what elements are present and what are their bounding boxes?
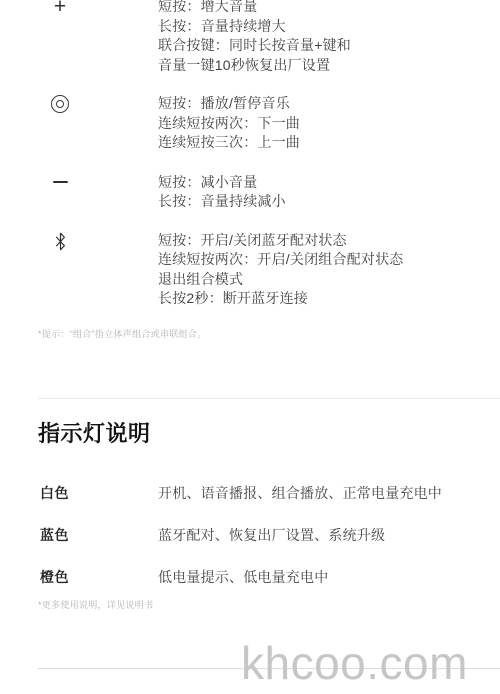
function-line: 长按：音量持续增大 [158,17,478,37]
combination-footnote: *提示：“组合”指立体声组合或串联组合。 [38,327,207,340]
indicator-color-label: 白色 [40,483,158,503]
indicator-row-orange: 橙色 低电量提示、低电量充电中 [40,567,478,587]
indicator-table: 白色 开机、语音播报、组合播放、正常电量充电中 蓝色 蓝牙配对、恢复出厂设置、系… [40,483,478,609]
function-line: 短按：减小音量 [158,173,478,193]
indicator-description: 低电量提示、低电量充电中 [158,567,478,587]
function-line: 短按：增大音量 [158,0,478,17]
icon-column [38,173,158,183]
function-line: 连续短按两次：开启/关闭组合配对状态 [158,250,478,270]
button-row-volume-up: + 短按：增大音量 长按：音量持续增大 联合按键：同时长按音量+键和 音量一键1… [38,0,478,75]
button-functions: 短按：减小音量 长按：音量持续减小 [158,173,478,212]
icon-column: + [38,0,158,17]
indicator-row-white: 白色 开机、语音播报、组合播放、正常电量充电中 [40,483,478,503]
function-line: 连续短按两次：下一曲 [158,114,478,134]
function-line: 连续短按三次：上一曲 [158,133,478,153]
indicator-row-blue: 蓝色 蓝牙配对、恢复出厂设置、系统升级 [40,525,478,545]
icon-column [38,231,158,252]
indicator-color-label: 蓝色 [40,525,158,545]
function-line: 长按2秒：断开蓝牙连接 [158,289,478,309]
indicator-section-title: 指示灯说明 [38,417,151,448]
section-divider [38,398,500,399]
icon-box [38,231,82,252]
indicator-description: 开机、语音播报、组合播放、正常电量充电中 [158,483,478,503]
manual-page: + 短按：增大音量 长按：音量持续增大 联合按键：同时长按音量+键和 音量一键1… [0,0,500,694]
watermark-text: khcoo.com [241,640,468,686]
bluetooth-icon [52,231,69,252]
icon-column [38,94,158,113]
button-functions: 短按：播放/暂停音乐 连续短按两次：下一曲 连续短按三次：上一曲 [158,94,478,153]
button-row-bluetooth: 短按：开启/关闭蓝牙配对状态 连续短按两次：开启/关闭组合配对状态 退出组合模式… [38,231,478,309]
indicator-description: 蓝牙配对、恢复出厂设置、系统升级 [158,525,478,545]
icon-box [38,173,82,183]
button-guide-section: + 短按：增大音量 长按：音量持续增大 联合按键：同时长按音量+键和 音量一键1… [38,0,478,309]
function-line: 音量一键10秒恢复出厂设置 [158,56,478,76]
function-line: 短按：开启/关闭蓝牙配对状态 [158,231,478,251]
button-row-volume-down: 短按：减小音量 长按：音量持续减小 [38,173,478,212]
button-functions: 短按：开启/关闭蓝牙配对状态 连续短按两次：开启/关闭组合配对状态 退出组合模式… [158,231,478,309]
volume-down-minus-icon [53,181,68,183]
button-functions: 短按：增大音量 长按：音量持续增大 联合按键：同时长按音量+键和 音量一键10秒… [158,0,478,75]
play-pause-icon [51,95,69,113]
volume-up-plus-icon: + [54,0,66,17]
more-instructions-footnote: *更多使用说明，详见说明书 [38,598,153,611]
button-row-play-pause: 短按：播放/暂停音乐 连续短按两次：下一曲 连续短按三次：上一曲 [38,94,478,153]
function-line: 退出组合模式 [158,270,478,290]
function-line: 长按：音量持续减小 [158,192,478,212]
play-pause-icon-inner [56,100,64,108]
icon-box [38,94,82,113]
icon-box: + [38,0,82,17]
function-line: 短按：播放/暂停音乐 [158,94,478,114]
indicator-color-label: 橙色 [40,567,158,587]
function-line: 联合按键：同时长按音量+键和 [158,36,478,56]
